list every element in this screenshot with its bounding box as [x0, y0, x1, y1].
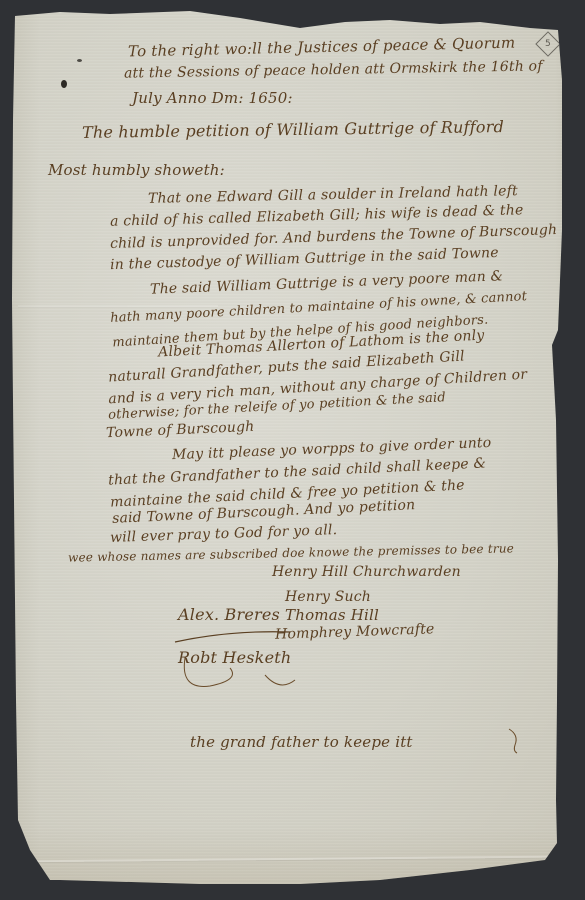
petition-salutation: Most humbly showeth:: [48, 163, 225, 178]
body-line: will ever pray to God for yo all.: [110, 523, 338, 545]
manuscript-page: 5 To the right wo:ll the Justices of pea…: [0, 0, 585, 900]
fold-crease: [20, 856, 550, 863]
paper-hole: [77, 59, 82, 62]
signature-flourish: [170, 620, 390, 710]
address-line-1: To the right wo:ll the Justices of peace…: [128, 36, 516, 60]
folio-number-stamp: 5: [535, 31, 560, 56]
body-line: That one Edward Gill a soulder in Irelan…: [148, 184, 518, 206]
petition-title: The humble petition of William Guttrige …: [82, 119, 504, 141]
signature-henry-such: Henry Such: [285, 590, 371, 604]
paper-hole: [61, 80, 67, 88]
scan-viewer: 5 To the right wo:ll the Justices of pea…: [0, 0, 585, 900]
attestation-line: wee whose names are subscribed doe knowe…: [68, 542, 514, 563]
folio-number: 5: [545, 39, 551, 49]
address-line-3: July Anno Dm: 1650:: [132, 91, 293, 106]
endorsement-note: the grand father to keepe itt: [190, 735, 413, 750]
signature-henry-hill: Henry Hill Churchwarden: [272, 565, 461, 579]
address-line-2: att the Sessions of peace holden att Orm…: [124, 59, 543, 80]
ink-mark: [505, 725, 525, 755]
